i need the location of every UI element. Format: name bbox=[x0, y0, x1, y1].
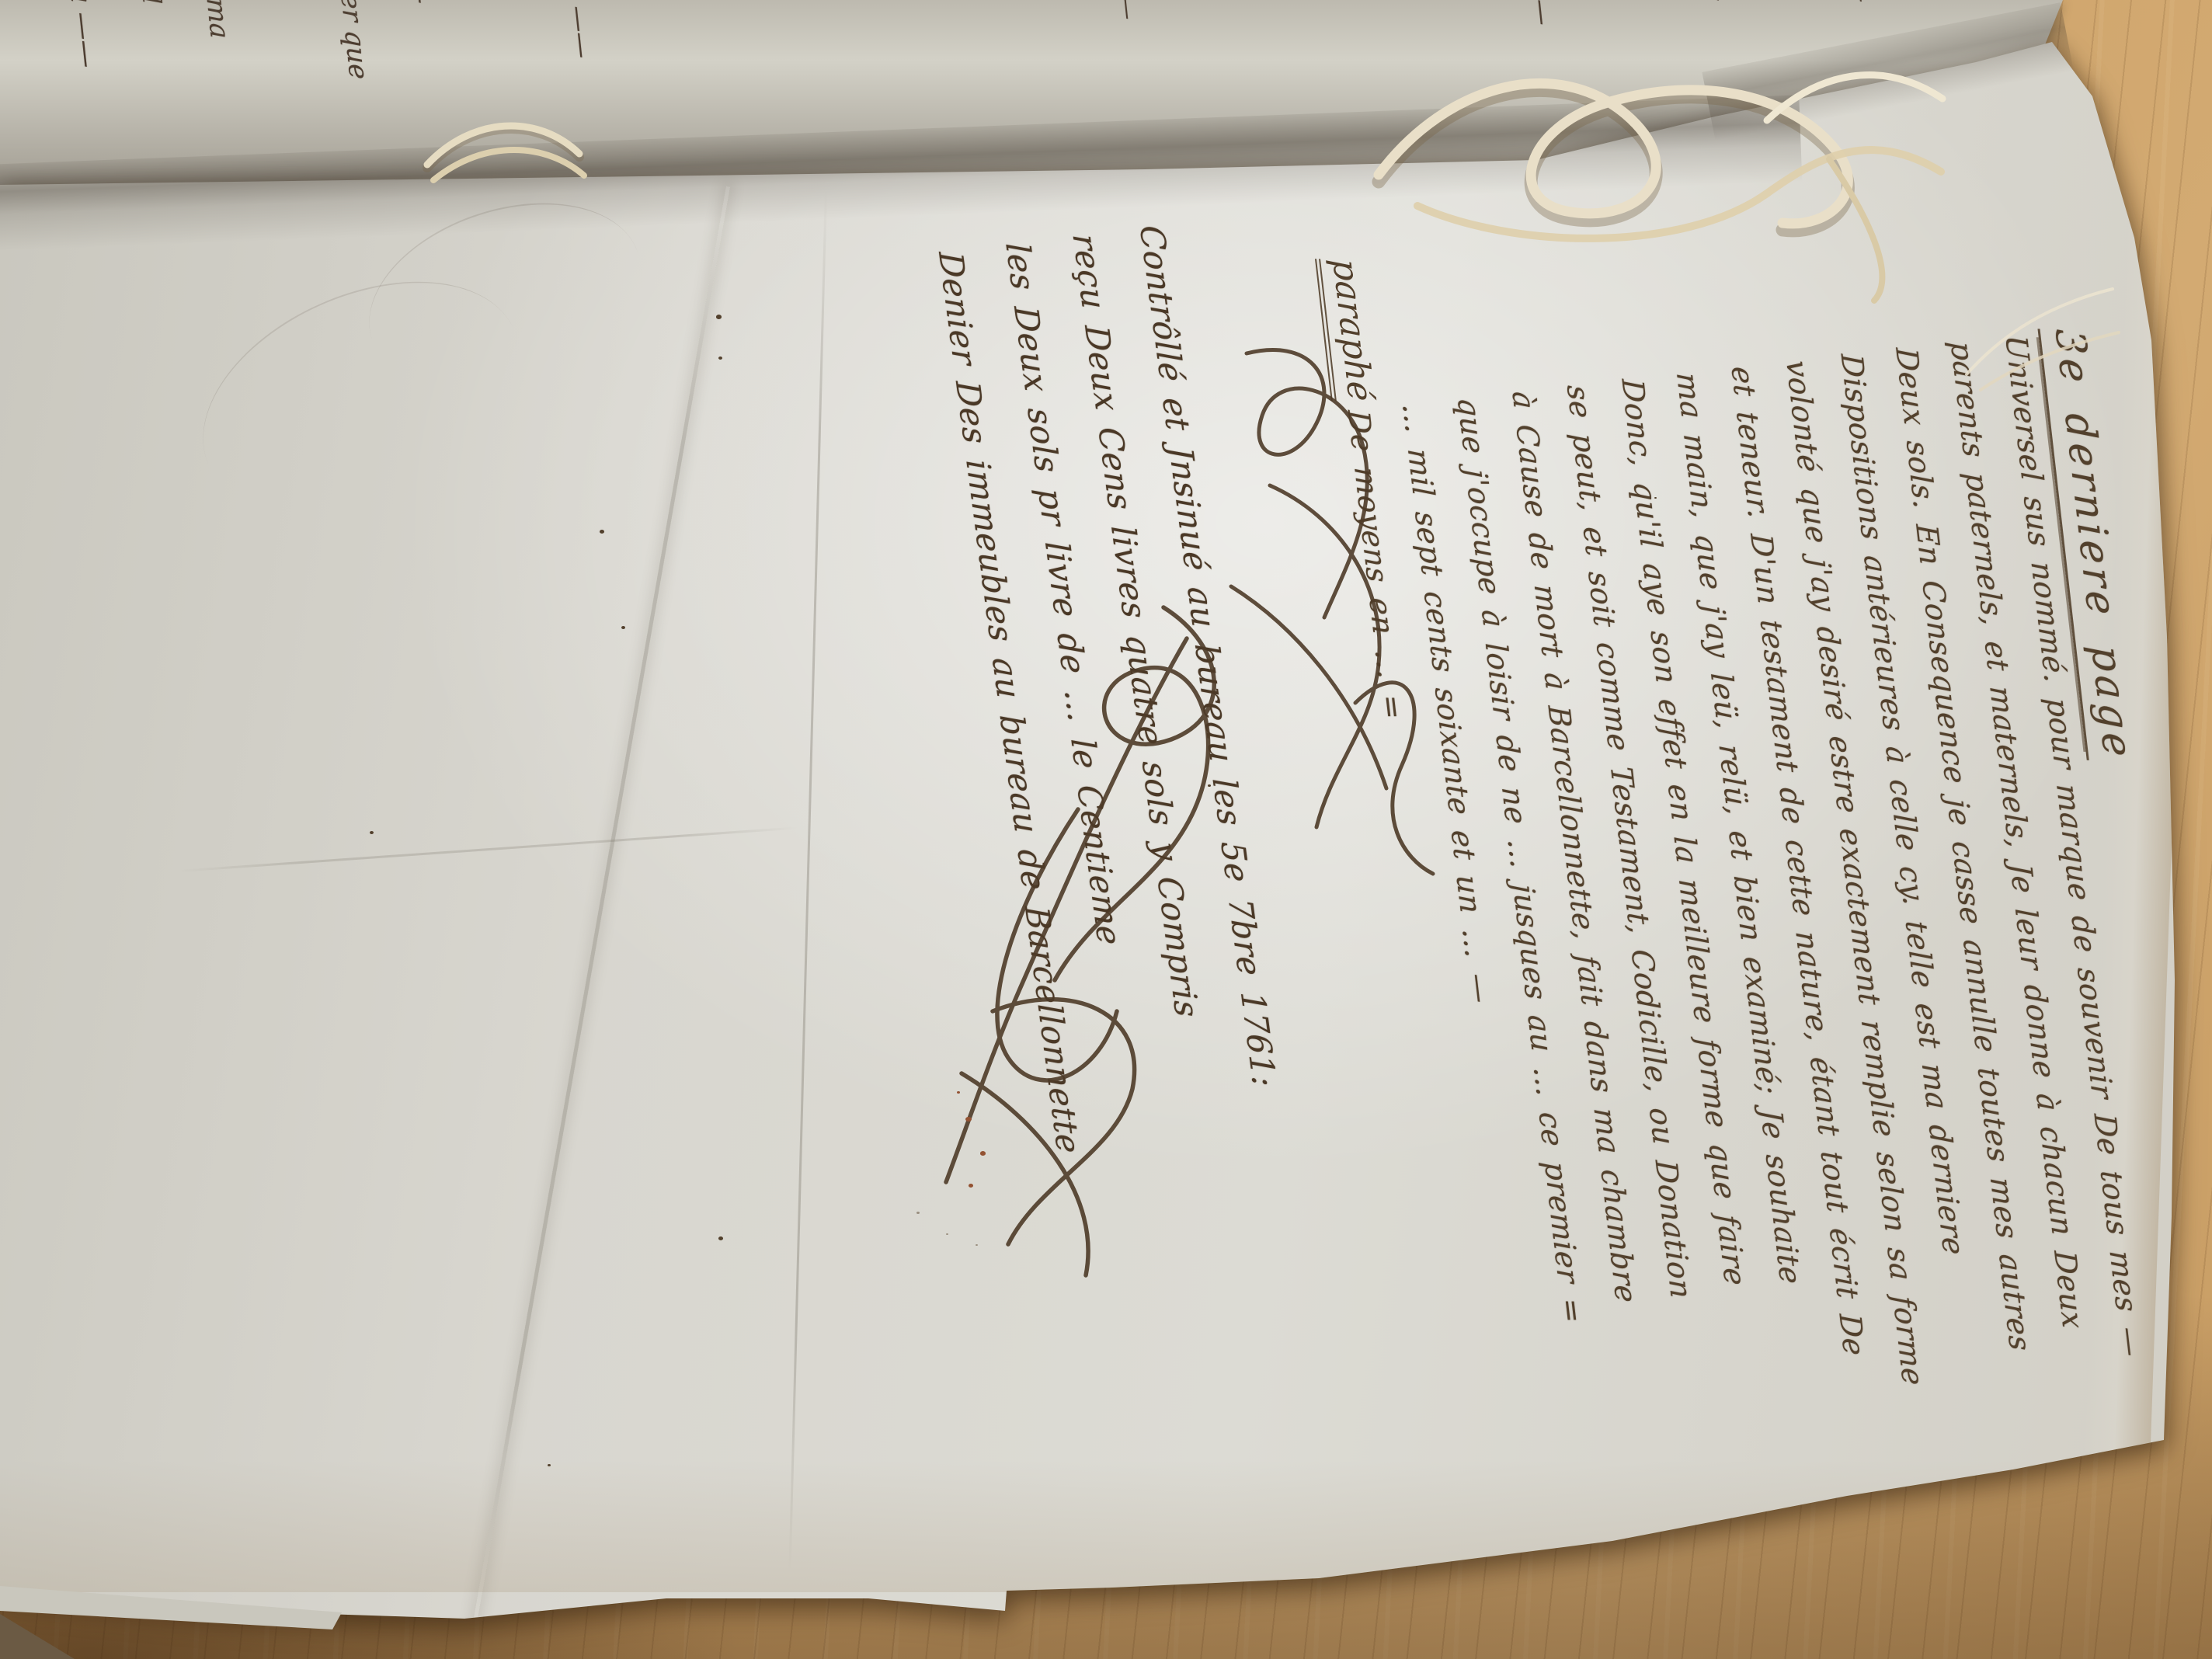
ink-speck bbox=[600, 530, 604, 534]
previous-page-line-end: r qu'il bbox=[130, 0, 167, 4]
left-edge-fragment: Da bbox=[0, 404, 1, 440]
crease-line bbox=[179, 826, 798, 872]
ink-speck bbox=[370, 831, 374, 834]
ink-speck bbox=[969, 1184, 973, 1188]
previous-page-line-end: eu —— bbox=[558, 0, 599, 58]
manuscript-text-block: 3e derniere page Universel sus nommé. po… bbox=[1325, 329, 2209, 1442]
stitching-thread-tangle bbox=[1363, 27, 1969, 307]
ink-speck bbox=[980, 1151, 986, 1156]
previous-page-line-end: il — bbox=[400, 0, 438, 4]
ink-speck bbox=[621, 626, 625, 629]
crease-line bbox=[788, 190, 827, 1572]
previous-page-line-end: ul — bbox=[1843, 0, 1876, 2]
photo: …sda ——r qu'ilne ma——uer queil —meseu ——… bbox=[0, 0, 2212, 1659]
ink-speck bbox=[718, 356, 722, 360]
corner-thread-fibers bbox=[1957, 258, 2128, 405]
previous-page-line-end: ne ma bbox=[196, 0, 235, 39]
previous-page-line-end: uer que bbox=[332, 0, 374, 79]
previous-page-line-end: nt —— bbox=[1107, 0, 1143, 19]
previous-page-line-end: ion — bbox=[1698, 0, 1735, 2]
ink-speck bbox=[718, 1236, 723, 1240]
previous-page-line-end: —— bbox=[1522, 0, 1559, 26]
stitching-thread-bundle bbox=[413, 99, 600, 216]
fold-edge-line bbox=[473, 186, 730, 1625]
previous-page-line-end: da —— bbox=[61, 0, 104, 68]
notary-signature-flourish bbox=[899, 576, 1249, 1291]
ink-speck bbox=[716, 315, 722, 319]
